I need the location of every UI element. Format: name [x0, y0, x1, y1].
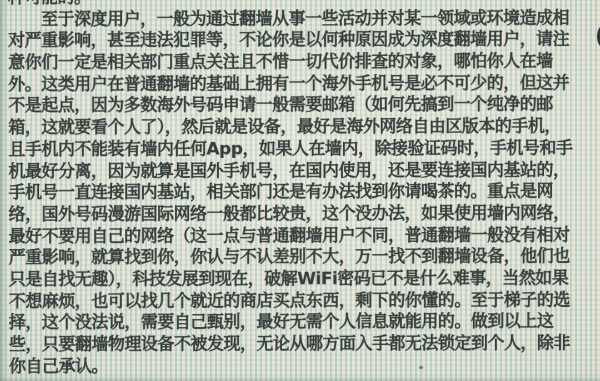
text-line: 机最好分离，因为就算是国外手机号，在国内使用，还是要连接国内基站的，	[8, 159, 600, 182]
cutoff-parenthesis-glyph: （	[578, 13, 600, 57]
text-line: 严重影响，就算找到你，你认与不认差别不大，万一找不到翻墙设备，他们也	[9, 246, 600, 269]
text-line: 外。这类用户在普通翻墙的基础上拥有一个海外手机号是必不可少的，但这并	[8, 73, 600, 96]
text-line: 意你们一定是相关部门重点关注且不惜一切代价排查的对象，哪怕你人在墙	[8, 51, 600, 74]
text-line: 最好不要用自己的网络（这一点与普通翻墙用户不同，普通翻墙一般没有相对	[9, 225, 600, 248]
text-line: 手机号一直连接国内基站，相关部门还是有办法找到你请喝茶的。重点是网	[9, 181, 600, 204]
text-line: 络，国外号码漫游国际网络一般都比较贵，这个没办法，如果使用墙内网络，	[9, 203, 600, 226]
text-line: 不想麻烦，也可以找几个就近的商店买点东西，剩下的你懂的。至于梯子的选	[9, 290, 600, 313]
text-line: 且手机内不能装有墙内任何App，如果人在墙内，除接验证码时，手机号和手	[8, 138, 600, 161]
text-line: 至于深度用户，一般为通过翻墙从事一些活动并对某一领域或环境造成相	[8, 8, 600, 31]
text-line: 箱，这就要看个人了），然后就是设备，最好是海外网络自由区版本的手机，	[8, 116, 600, 139]
dust-speck	[419, 366, 423, 369]
text-line: 只是自找无趣），科技发展到现在，破解WiFi密码已不是什么难事，当然如果	[9, 268, 600, 291]
paragraph-text-block: 种可能的。 至于深度用户，一般为通过翻墙从事一些活动并对某一领域或环境造成相 对…	[8, 0, 600, 378]
text-line: 对严重影响，甚至违法犯罪等，不论你是以何种原因成为深度翻墙用户，请注	[8, 29, 600, 52]
text-line: 择，这个没法说，需要自己甄别，最好无需个人信息就能用的。做到以上这	[9, 311, 600, 334]
text-line: 你自己承认。	[9, 355, 600, 378]
photographed-screen-text-page: 种可能的。 至于深度用户，一般为通过翻墙从事一些活动并对某一领域或环境造成相 对…	[0, 0, 600, 381]
text-line: 些，只要翻墙物理设备不被发现，无论从哪方面入手都无法锁定到个人，除非	[9, 333, 600, 356]
text-line: 不是起点，因为多数海外号码申请一般需要邮箱（如何先搞到一个纯净的邮	[8, 94, 600, 117]
